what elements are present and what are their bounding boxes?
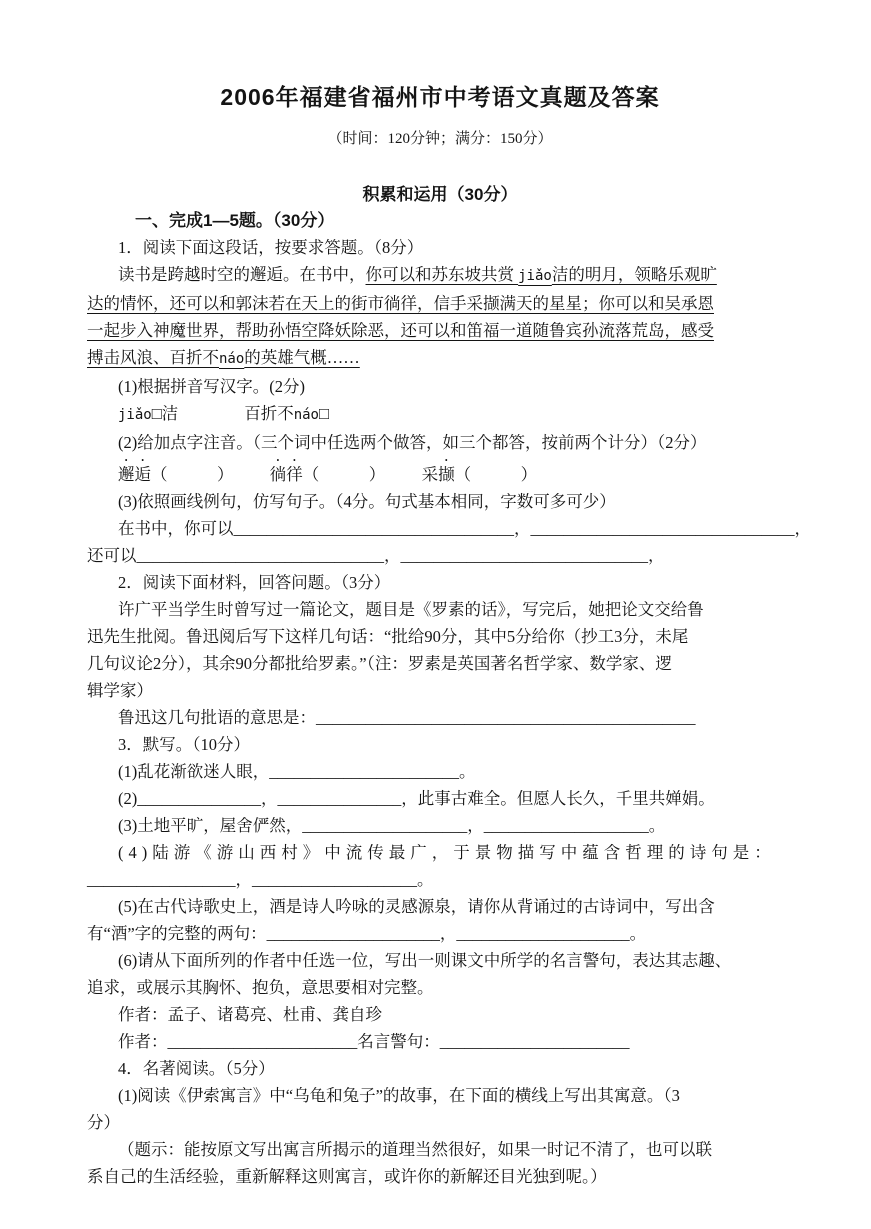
text-line: 有“酒”字的完整的两句：_____________________，______… xyxy=(87,920,793,947)
fill-in-blank-line: ____________________ xyxy=(484,816,649,835)
text-segment: 1．阅读下面这段话，按要求答题。（8分） xyxy=(118,238,423,257)
text-line: jiǎo□洁百折不náo□ xyxy=(87,400,793,429)
text-segment: 。 xyxy=(649,816,666,835)
underlined-pinyin-text: jiǎo xyxy=(518,268,552,284)
text-segment: ， xyxy=(261,789,278,808)
fill-in-blank-line: ______________________________ xyxy=(137,546,385,565)
text-segment: (2)给加点字注音。（三个词中任选两个做答，如三个都答，按前两个计分）（2分） xyxy=(118,433,707,452)
text-line: (2)_______________，_______________，此事古难全… xyxy=(87,785,793,812)
page-title: 2006年福建省福州市中考语文真题及答案 xyxy=(87,82,793,112)
text-line: 2．阅读下面材料，回答问题。（3分） xyxy=(87,569,793,596)
text-line: (3)依照画线例句，仿写句子。（4分。句式基本相同，字数可多可少） xyxy=(87,488,793,515)
text-segment: ， xyxy=(514,519,531,538)
text-line: (5)在古代诗歌史上，酒是诗人吟咏的灵感源泉，请你从背诵过的古诗词中，写出含 xyxy=(87,893,793,920)
document-page: 2006年福建省福州市中考语文真题及答案 （时间：120分钟；满分：150分） … xyxy=(0,0,871,1229)
text-line: 鲁迅这几句批语的意思是：____________________________… xyxy=(87,704,793,731)
text-line: 作者：孟子、诸葛亮、杜甫、龚自珍 xyxy=(87,1001,793,1028)
text-line: 许广平当学生时曾写过一篇论文，题目是《罗素的话》，写完后，她把论文交给鲁 xyxy=(87,596,793,623)
text-segment: (3)土地平旷，屋舍俨然， xyxy=(118,816,302,835)
text-segment: ） xyxy=(521,465,538,484)
text-segment: □ xyxy=(319,404,329,423)
fill-in-blank-line: _____________________ xyxy=(267,924,440,943)
fill-in-blank-line: _______________________ xyxy=(168,1032,358,1051)
fill-in-blank-line: ________________________________________… xyxy=(316,708,696,727)
fill-in-blank-line: _______________________ xyxy=(440,1032,630,1051)
text-line: __________________，____________________。 xyxy=(87,866,793,893)
text-line: (6)请从下面所列的作者中任选一位，写出一则课文中所学的名言警句，表达其志趣、 xyxy=(87,947,793,974)
text-segment: 作者： xyxy=(118,1032,168,1051)
pinyin-text: náo xyxy=(294,407,319,423)
text-segment: 辑学家） xyxy=(87,681,153,700)
dotted-emphasis-text: 徜徉 xyxy=(270,465,303,484)
text-segment: 百折不 xyxy=(244,404,294,423)
text-line: 迅先生批阅。鲁迅阅后写下这样几句话：“批给90分，其中5分给你（抄工3分，未尾 xyxy=(87,623,793,650)
text-segment: (1)乱花渐欲迷人眼， xyxy=(118,762,269,781)
text-line: 4．名著阅读。（5分） xyxy=(87,1055,793,1082)
text-segment: ， xyxy=(384,546,401,565)
underlined-text: 你可以和苏东坡共赏 xyxy=(366,265,519,284)
text-segment: 。 xyxy=(459,762,476,781)
text-line: 3．默写。（10分） xyxy=(87,731,793,758)
text-line: 几句议论2分），其余90分都批给罗素。”（注：罗素是英国著名哲学家、数学家、逻 xyxy=(87,650,793,677)
fill-in-blank-line: __________________ xyxy=(87,870,236,889)
text-segment: (3)依照画线例句，仿写句子。（4分。句式基本相同，字数可多可少） xyxy=(118,492,616,511)
text-segment: 许广平当学生时曾写过一篇论文，题目是《罗素的话》，写完后，她把论文交给鲁 xyxy=(118,600,704,619)
text-line: 邂逅（）徜徉（）采撷（） xyxy=(87,456,793,488)
text-segment: 迅先生批阅。鲁迅阅后写下这样几句话：“批给90分，其中5分给你（抄工3分，未尾 xyxy=(87,627,688,646)
text-segment: □洁 xyxy=(152,404,178,423)
text-segment: ， xyxy=(467,816,484,835)
text-segment: ） xyxy=(217,465,234,484)
underlined-text: 一起步入神魔世界，帮助孙悟空降妖除恶，还可以和笛福一道随鲁宾孙流落荒岛，感受 xyxy=(87,321,714,340)
text-line: （题示：能按原文写出寓言所揭示的道理当然很好，如果一时记不清了，也可以联 xyxy=(87,1136,793,1163)
text-segment: 。 xyxy=(417,870,434,889)
text-line: 追求，或展示其胸怀、抱负，意思要相对完整。 xyxy=(87,974,793,1001)
text-segment: ） xyxy=(369,465,386,484)
text-segment: （ xyxy=(303,465,320,484)
text-segment: 3．默写。（10分） xyxy=(118,735,250,754)
text-line: (1)阅读《伊索寓言》中“乌龟和兔子”的故事，在下面的横线上写出其寓意。（3 xyxy=(87,1082,793,1109)
text-line: (1)乱花渐欲迷人眼，_______________________。 xyxy=(87,758,793,785)
underlined-pinyin-text: náo xyxy=(219,351,244,367)
text-segment: （ xyxy=(455,465,472,484)
text-segment: 鲁迅这几句批语的意思是： xyxy=(118,708,316,727)
fill-in-blank-line: _______________ xyxy=(137,789,261,808)
text-line: (1)根据拼音写汉字。(2分) xyxy=(87,373,793,400)
text-segment: 2．阅读下面材料，回答问题。（3分） xyxy=(118,573,390,592)
underlined-text: 的英雄气概…… xyxy=(244,348,360,367)
text-segment: 分） xyxy=(87,1113,120,1132)
fill-in-blank-line: _______________ xyxy=(278,789,402,808)
pinyin-text: jiǎo xyxy=(118,407,152,423)
text-segment: (1)根据拼音写汉字。(2分) xyxy=(118,377,305,396)
text-segment: (6)请从下面所列的作者中任选一位，写出一则课文中所学的名言警句，表达其志趣、 xyxy=(118,951,731,970)
text-line: (3)土地平旷，屋舍俨然，____________________，______… xyxy=(87,812,793,839)
text-line: 还可以______________________________，______… xyxy=(87,542,793,569)
text-segment: ， xyxy=(795,519,812,538)
text-segment: 系自己的生活经验，重新解释这则寓言，或许你的新解还目光独到呢。） xyxy=(87,1167,607,1186)
dotted-emphasis-text: 撷 xyxy=(438,465,455,484)
text-line: 辑学家） xyxy=(87,677,793,704)
text-line: 在书中，你可以_________________________________… xyxy=(87,515,793,542)
text-segment: 还可以 xyxy=(87,546,137,565)
text-segment: ， xyxy=(648,546,665,565)
exam-info: （时间：120分钟；满分：150分） xyxy=(87,128,793,150)
document-body: 1．阅读下面这段话，按要求答题。（8分）读书是跨越时空的邂逅。在书中，你可以和苏… xyxy=(87,234,793,1190)
text-segment: （ xyxy=(151,465,168,484)
text-line: (2)给加点字注音。（三个词中任选两个做答，如三个都答，按前两个计分）（2分） xyxy=(87,429,793,456)
part-heading: 一、完成1—5题。（30分） xyxy=(87,207,793,234)
text-line: 分） xyxy=(87,1109,793,1136)
fill-in-blank-line: __________________________________ xyxy=(234,519,515,538)
text-line: (4)陆游《游山西村》中流传最广，于景物描写中蕴含哲理的诗句是： xyxy=(87,839,793,866)
text-segment: 读书是跨越时空的邂逅。在书中， xyxy=(118,265,366,284)
text-segment: 采 xyxy=(422,465,439,484)
text-line: 系自己的生活经验，重新解释这则寓言，或许你的新解还目光独到呢。） xyxy=(87,1163,793,1190)
fill-in-blank-line: ________________________________ xyxy=(531,519,795,538)
text-line: 1．阅读下面这段话，按要求答题。（8分） xyxy=(87,234,793,261)
text-segment: （题示：能按原文写出寓言所揭示的道理当然很好，如果一时记不清了，也可以联 xyxy=(118,1140,712,1159)
text-line: 搏击风浪、百折不náo的英雄气概…… xyxy=(87,344,793,373)
text-segment: 追求，或展示其胸怀、抱负，意思要相对完整。 xyxy=(87,978,434,997)
text-line: 读书是跨越时空的邂逅。在书中，你可以和苏东坡共赏 jiǎo洁的明月，领略乐观旷 xyxy=(87,261,793,290)
text-segment: (1)阅读《伊索寓言》中“乌龟和兔子”的故事，在下面的横线上写出其寓意。（3 xyxy=(118,1086,680,1105)
fill-in-blank-line: ____________________ xyxy=(252,870,417,889)
fill-in-blank-line: ____________________ xyxy=(302,816,467,835)
text-segment: ， xyxy=(236,870,253,889)
fill-in-blank-line: _______________________ xyxy=(269,762,459,781)
text-segment: (2) xyxy=(118,789,137,808)
fill-in-blank-line: _____________________ xyxy=(456,924,629,943)
text-segment: 4．名著阅读。（5分） xyxy=(118,1059,275,1078)
section-heading: 积累和运用（30分） xyxy=(87,183,793,207)
text-line: 一起步入神魔世界，帮助孙悟空降妖除恶，还可以和笛福一道随鲁宾孙流落荒岛，感受 xyxy=(87,317,793,344)
text-segment: 。 xyxy=(630,924,647,943)
text-line: 达的情怀，还可以和郭沫若在天上的街市徜徉，信手采撷满天的星星；你可以和吴承恩 xyxy=(87,290,793,317)
text-segment: (5)在古代诗歌史上，酒是诗人吟咏的灵感源泉，请你从背诵过的古诗词中，写出含 xyxy=(118,897,715,916)
underlined-text: 搏击风浪、百折不 xyxy=(87,348,219,367)
text-segment: 在书中，你可以 xyxy=(118,519,234,538)
text-segment: 名言警句： xyxy=(357,1032,440,1051)
text-line: 作者：_______________________名言警句：_________… xyxy=(87,1028,793,1055)
fill-in-blank-line: ______________________________ xyxy=(401,546,649,565)
dotted-emphasis-text: 邂逅 xyxy=(118,465,151,484)
text-segment: ， xyxy=(440,924,457,943)
text-segment: (4)陆游《游山西村》中流传最广，于景物描写中蕴含哲理的诗句是： xyxy=(118,843,776,862)
underlined-text: 洁的明月，领略乐观旷 xyxy=(552,265,717,284)
text-segment: 几句议论2分），其余90分都批给罗素。”（注：罗素是英国著名哲学家、数学家、逻 xyxy=(87,654,672,673)
text-segment: 作者：孟子、诸葛亮、杜甫、龚自珍 xyxy=(118,1005,382,1024)
underlined-text: 达的情怀，还可以和郭沫若在天上的街市徜徉，信手采撷满天的星星；你可以和吴承恩 xyxy=(87,294,714,313)
text-segment: 有“酒”字的完整的两句： xyxy=(87,924,267,943)
text-segment: ，此事古难全。但愿人长久，千里共婵娟。 xyxy=(401,789,715,808)
